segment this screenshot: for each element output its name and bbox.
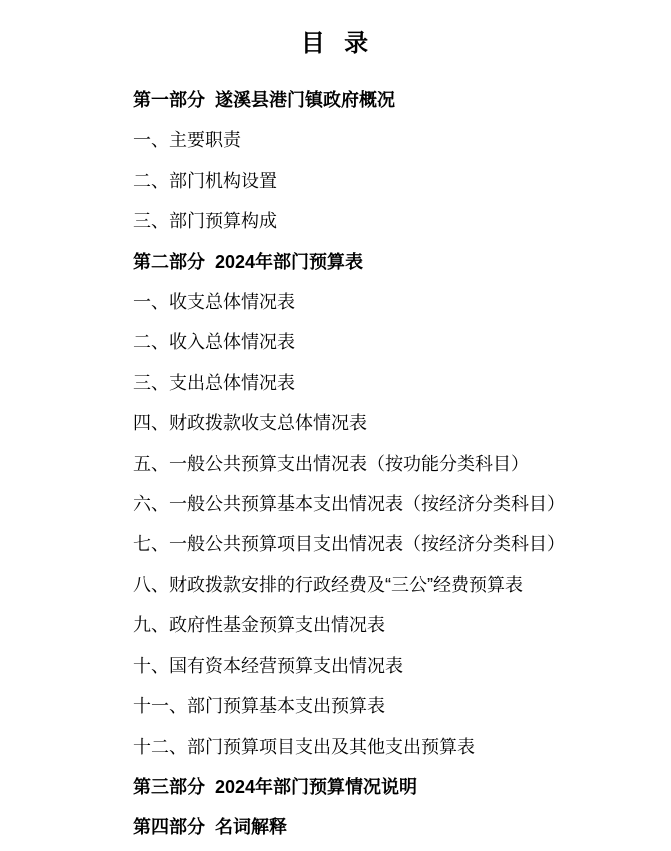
toc-item: 二、收入总体情况表 <box>133 322 651 362</box>
document-page: 目 录 第一部分 遂溪县港门镇政府概况一、主要职责二、部门机构设置三、部门预算构… <box>0 0 671 851</box>
toc-list: 第一部分 遂溪县港门镇政府概况一、主要职责二、部门机构设置三、部门预算构成第二部… <box>0 80 671 848</box>
toc-section-heading: 第二部分 2024年部门预算表 <box>133 242 651 282</box>
toc-item: 八、财政拨款安排的行政经费及“三公”经费预算表 <box>133 565 651 605</box>
toc-item: 十、国有资本经营预算支出情况表 <box>133 646 651 686</box>
toc-item: 九、政府性基金预算支出情况表 <box>133 605 651 645</box>
toc-item: 六、一般公共预算基本支出情况表（按经济分类科目） <box>133 484 651 524</box>
toc-item: 一、收支总体情况表 <box>133 282 651 322</box>
toc-item: 五、一般公共预算支出情况表（按功能分类科目） <box>133 444 651 484</box>
toc-item: 一、主要职责 <box>133 120 651 160</box>
toc-item: 四、财政拨款收支总体情况表 <box>133 403 651 443</box>
toc-section-heading: 第四部分 名词解释 <box>133 807 651 847</box>
toc-item: 十二、部门预算项目支出及其他支出预算表 <box>133 727 651 767</box>
toc-item: 二、部门机构设置 <box>133 161 651 201</box>
toc-item: 三、支出总体情况表 <box>133 363 651 403</box>
toc-section-heading: 第一部分 遂溪县港门镇政府概况 <box>133 80 651 120</box>
toc-item: 七、一般公共预算项目支出情况表（按经济分类科目） <box>133 524 651 564</box>
toc-item: 十一、部门预算基本支出预算表 <box>133 686 651 726</box>
toc-section-heading: 第三部分 2024年部门预算情况说明 <box>133 767 651 807</box>
toc-item: 三、部门预算构成 <box>133 201 651 241</box>
page-title: 目 录 <box>0 0 671 58</box>
